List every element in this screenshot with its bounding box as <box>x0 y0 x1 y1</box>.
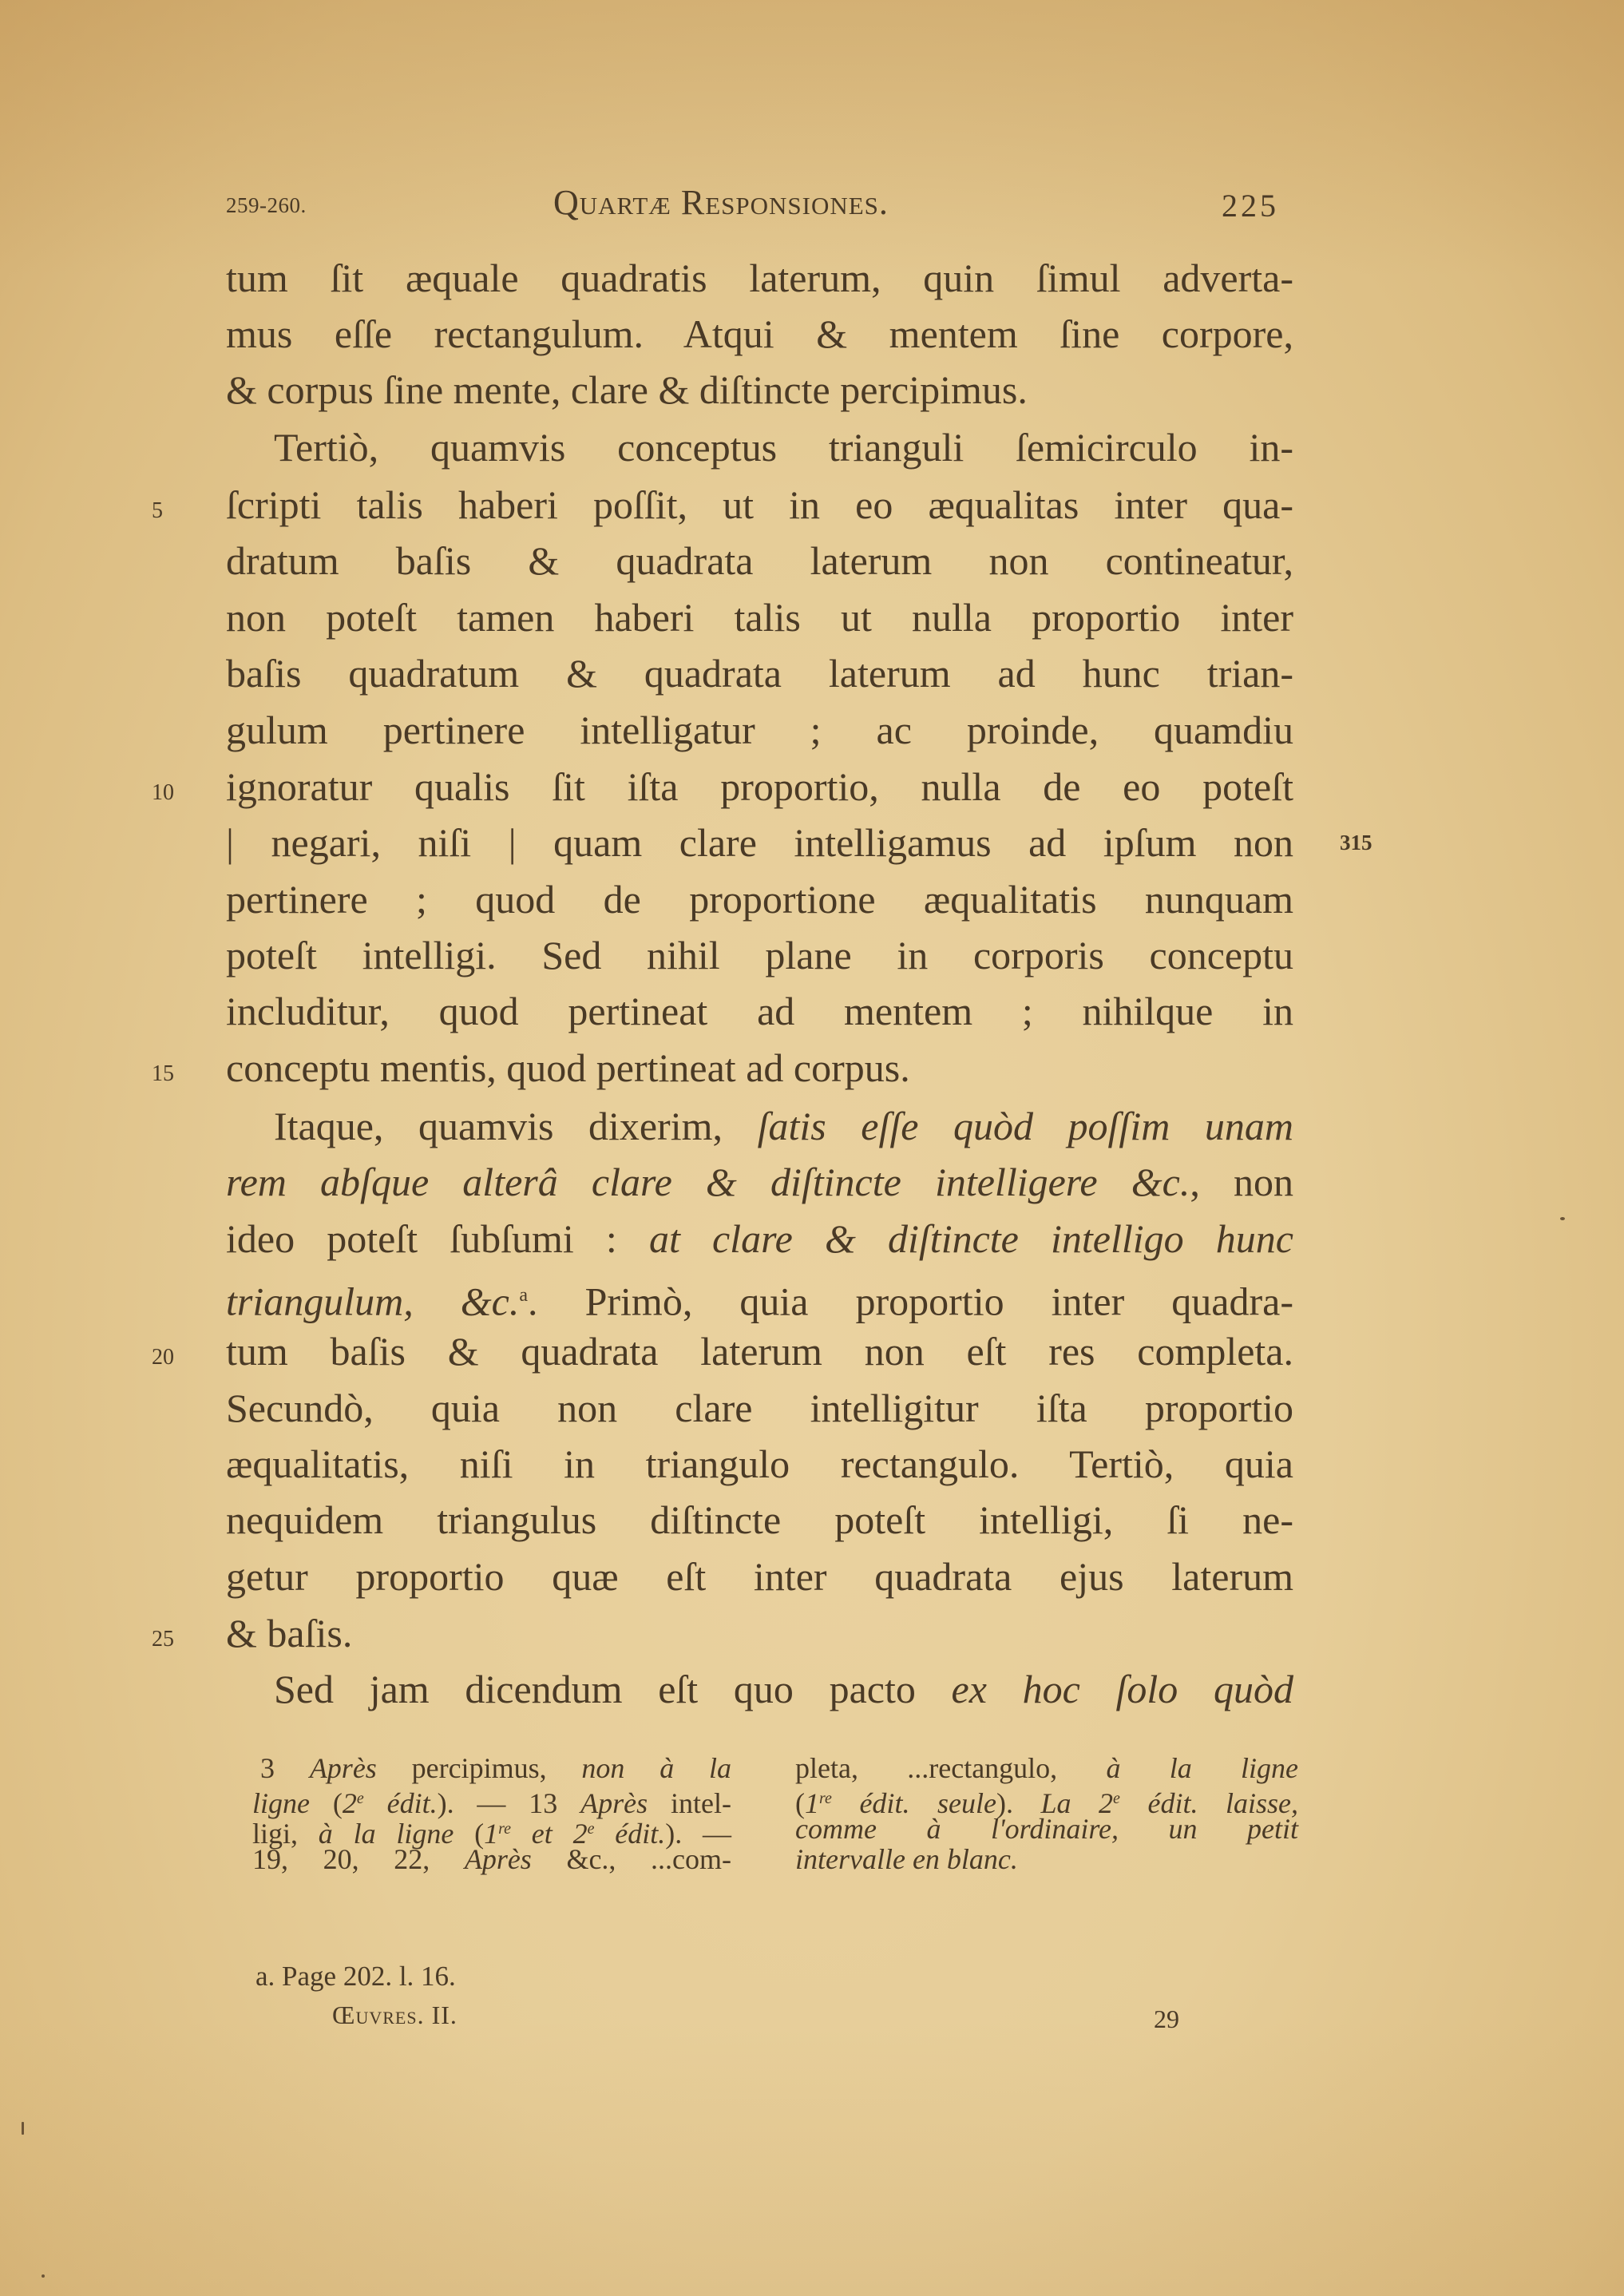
italic-text: non à la <box>581 1752 731 1784</box>
line-number: 10 <box>152 780 184 806</box>
text-line: æqualitatis, niſi in triangulo rectangul… <box>226 1440 1293 1488</box>
text-run: ſcripti talis haberi poſſit, ut in eo æq… <box>226 482 1293 527</box>
text-run: non poteſt tamen haberi talis ut nulla p… <box>226 595 1293 640</box>
text-run: getur proportio quæ eſt inter quadrata e… <box>226 1554 1293 1599</box>
text-run: tum ſit æquale quadratis laterum, quin ſ… <box>226 256 1293 300</box>
text-run: Tertiò, quamvis conceptus trianguli ſemi… <box>274 425 1293 470</box>
scan-speck <box>1560 1217 1565 1220</box>
text-line: gulum pertinere intelligatur ; ac proind… <box>226 706 1293 754</box>
text-run: ignoratur qualis ſit iſta proportio, nul… <box>226 764 1293 809</box>
footnote-line: ligne (2e édit.). — 13 Après intel- <box>252 1784 731 1814</box>
text-run: dratum baſis & quadrata laterum non cont… <box>226 538 1293 583</box>
line-number: 20 <box>152 1345 184 1370</box>
text-line: non poteſt tamen haberi talis ut nulla p… <box>226 593 1293 641</box>
italic-text: Après <box>465 1843 532 1875</box>
text-line: tum baſis & quadrata laterum non eſt res… <box>226 1327 1293 1375</box>
scan-speck <box>42 2274 45 2278</box>
text-run: | negari, niſi | quam clare intelligamus… <box>226 820 1293 865</box>
text-line: conceptu mentis, quod pertineat ad corpu… <box>226 1044 1293 1092</box>
footnote-line: (1re édit. seule). La 2e édit. laisse, <box>795 1784 1298 1814</box>
footnote-line: comme à l'ordinaire, un petit <box>795 1814 1298 1844</box>
text-run: æqualitatis, niſi in triangulo rectangul… <box>226 1441 1293 1486</box>
footnote-line: ligi, à la ligne (1re et 2e édit.). — <box>252 1814 731 1844</box>
text-run: poteſt intelligi. Sed nihil plane in cor… <box>226 933 1293 977</box>
text-line: pertinere ; quod de proportione æqualita… <box>226 875 1293 923</box>
text-line: Itaque, quamvis dixerim, ſatis eſſe quòd… <box>226 1102 1293 1150</box>
text-run: tum baſis & quadrata laterum non eſt res… <box>226 1329 1293 1374</box>
text-run: gulum pertinere intelligatur ; ac proind… <box>226 708 1293 752</box>
italic-text: intervalle en blanc. <box>795 1843 1018 1875</box>
text-line: & corpus ſine mente, clare & diſtincte p… <box>226 366 1293 414</box>
italic-text: comme à l'ordinaire, un petit <box>795 1813 1298 1845</box>
signature-number: 29 <box>1154 2005 1179 2034</box>
text-run: pertinere ; quod de proportione æqualita… <box>226 877 1293 922</box>
text-run: ideo poteſt ſubſumi : <box>226 1216 649 1261</box>
text-line: triangulum, &c.a. Primò, quia proportio … <box>226 1271 1293 1319</box>
text-run: Itaque, quamvis dixerim, <box>274 1104 758 1148</box>
text-line: ſcripti talis haberi poſſit, ut in eo æq… <box>226 481 1293 529</box>
text-line: Tertiò, quamvis conceptus trianguli ſemi… <box>226 423 1293 471</box>
text-line: Secundò, quia non clare intelligitur iſt… <box>226 1384 1293 1432</box>
page-number: 225 <box>1222 187 1279 224</box>
running-head-section-ref: 259-260. <box>226 193 307 218</box>
text-line: baſis quadratum & quadrata laterum ad hu… <box>226 649 1293 697</box>
italic-text: triangulum, &c. <box>226 1279 519 1324</box>
text-line: tum ſit æquale quadratis laterum, quin ſ… <box>226 254 1293 302</box>
italic-text: ſatis eſſe quòd poſſim unam <box>758 1104 1293 1148</box>
footnote-line: intervalle en blanc. <box>795 1845 1298 1874</box>
italic-text: à la ligne <box>1106 1752 1298 1784</box>
footnote-ref: a <box>519 1285 528 1306</box>
italic-text: rem abſque alterâ clare & diſtincte inte… <box>226 1160 1190 1204</box>
text-run: Sed jam dicendum eſt quo pacto <box>274 1667 952 1711</box>
text-run: Secundò, quia non clare intelligitur iſt… <box>226 1386 1293 1430</box>
italic-text: at clare & diſtincte intelligo hunc <box>649 1216 1293 1261</box>
text-line: getur proportio quæ eſt inter quadrata e… <box>226 1552 1293 1600</box>
text-line: poteſt intelligi. Sed nihil plane in cor… <box>226 931 1293 979</box>
running-head-title: Quartæ Responsiones. <box>553 182 889 223</box>
superscript: e <box>357 1790 364 1807</box>
text-run: conceptu mentis, quod pertineat ad corpu… <box>226 1045 910 1090</box>
text-line: ignoratur qualis ſit iſta proportio, nul… <box>226 763 1293 811</box>
text-line: | negari, niſi | quam clare intelligamus… <box>226 819 1293 866</box>
footnote-line: 3 Après percipimus, non à la <box>260 1754 731 1783</box>
text-run: percipimus, <box>377 1752 582 1784</box>
text-line: dratum baſis & quadrata laterum non cont… <box>226 537 1293 585</box>
text-run: & corpus ſine mente, clare & diſtincte p… <box>226 367 1028 412</box>
text-run: baſis quadratum & quadrata laterum ad hu… <box>226 651 1293 696</box>
text-run: & baſis. <box>226 1611 352 1656</box>
text-run: &c., ...com- <box>532 1843 731 1875</box>
margin-page-reference: 315 <box>1340 831 1372 855</box>
superscript: e <box>1113 1790 1120 1807</box>
text-line: includitur, quod pertineat ad mentem ; n… <box>226 987 1293 1035</box>
scan-speck <box>22 2122 24 2135</box>
italic-text: ex hoc ſolo quòd <box>952 1667 1293 1711</box>
superscript: re <box>498 1820 511 1838</box>
text-run: pleta, ...rectangulo, <box>795 1752 1106 1784</box>
line-number: 15 <box>152 1061 184 1087</box>
text-run: nequidem triangulus diſtincte poteſt int… <box>226 1497 1293 1542</box>
footnote-a: a. Page 202. l. 16. <box>255 1961 456 1993</box>
text-run: 19, 20, 22, <box>252 1843 465 1875</box>
text-run: 3 <box>260 1752 310 1784</box>
footnote-line: pleta, ...rectangulo, à la ligne <box>795 1754 1298 1783</box>
italic-text: Après <box>310 1752 377 1784</box>
line-number: 25 <box>152 1627 184 1652</box>
text-run: . Primò, quia proportio inter quadra- <box>528 1279 1293 1324</box>
text-line: & baſis. <box>226 1609 1293 1657</box>
text-line: mus eſſe rectangulum. Atqui & mentem ſin… <box>226 310 1293 358</box>
text-line: ideo poteſt ſubſumi : at clare & diſtinc… <box>226 1215 1293 1263</box>
text-line: nequidem triangulus diſtincte poteſt int… <box>226 1496 1293 1544</box>
signature-mark: Œuvres. II. <box>332 2001 457 2030</box>
footnote-line: 19, 20, 22, Après &c., ...com- <box>252 1845 731 1874</box>
superscript: re <box>819 1790 832 1807</box>
text-run: , non <box>1190 1160 1293 1204</box>
text-run: includitur, quod pertineat ad mentem ; n… <box>226 989 1293 1033</box>
text-run: mus eſſe rectangulum. Atqui & mentem ſin… <box>226 311 1293 356</box>
line-number: 5 <box>152 498 184 524</box>
text-line: Sed jam dicendum eſt quo pacto ex hoc ſo… <box>226 1665 1293 1713</box>
text-line: rem abſque alterâ clare & diſtincte inte… <box>226 1158 1293 1206</box>
